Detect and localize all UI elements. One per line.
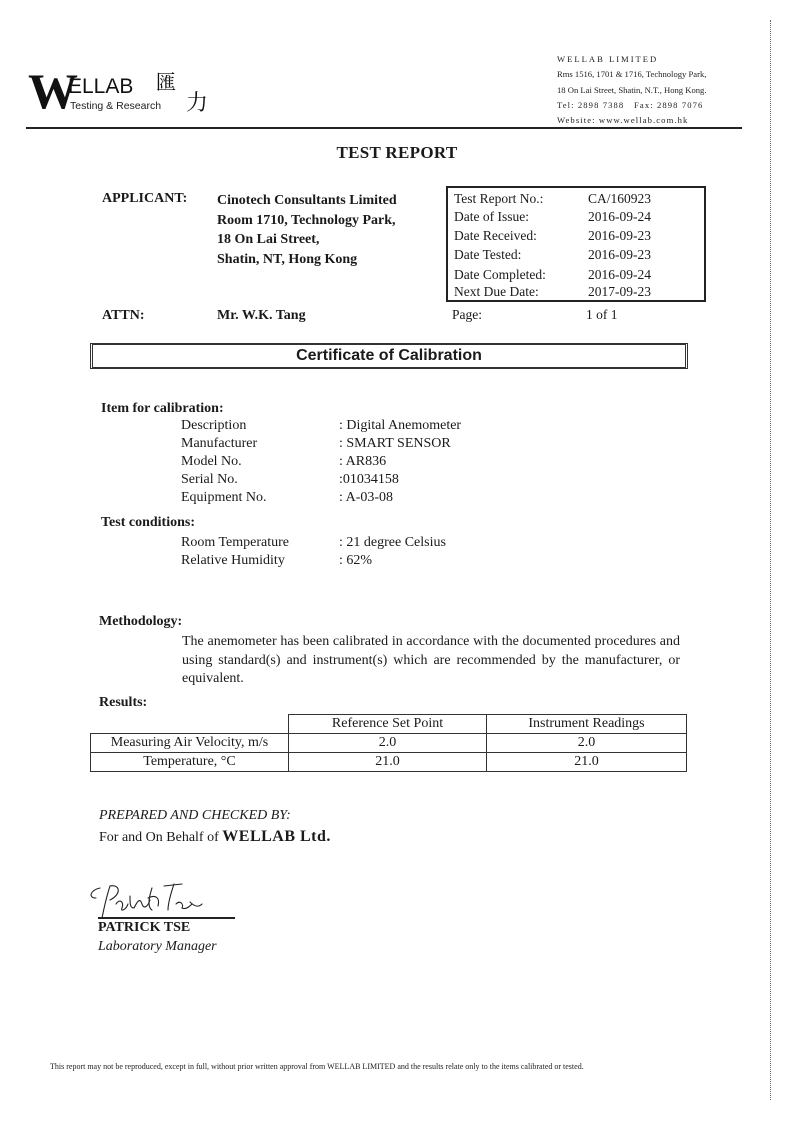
wellab-logo: W ELLAB 匯 力 Testing & Research [28,70,228,120]
logo-cjk-bottom: 力 [186,92,208,114]
applicant-label: APPLICANT: [102,191,187,207]
applicant-address: Cinotech Consultants Limited Room 1710, … [217,191,397,269]
field-label: Manufacturer [181,435,257,453]
page-number-row: Page: 1 of 1 [452,307,482,323]
info-value: 2016-09-24 [588,266,651,284]
company-name: WELLAB LIMITED [557,52,707,67]
certificate-banner: Certificate of Calibration [90,343,688,369]
footer-disclaimer: This report may not be reproduced, excep… [50,1062,584,1071]
field-value: : 21 degree Celsius [339,534,446,552]
company-address-line1: Rms 1516, 1701 & 1716, Technology Park, [557,67,707,82]
info-label: Date of Issue: [454,208,529,226]
company-address: WELLAB LIMITED Rms 1516, 1701 & 1716, Te… [557,52,707,128]
signature-mark [86,880,226,920]
info-value: 2016-09-24 [588,208,651,226]
results-heading: Results: [99,695,147,711]
column-header-reference: Reference Set Point [289,715,487,734]
prepared-by-label: PREPARED AND CHECKED BY: [99,808,291,824]
company-tel-fax: Tel: 2898 7388 Fax: 2898 7076 [557,98,707,113]
table-corner [91,715,289,734]
report-info-box: Test Report No.: CA/160923 Date of Issue… [446,186,706,302]
item-fields: Description : Digital Anemometer Manufac… [181,417,581,512]
conditions-heading: Test conditions: [101,515,195,531]
methodology-text: The anemometer has been calibrated in ac… [182,633,680,689]
results-table: Reference Set Point Instrument Readings … [90,714,687,772]
instrument-value: 21.0 [487,753,687,772]
info-label: Next Due Date: [454,283,539,301]
field-label: Room Temperature [181,534,289,552]
column-header-instrument: Instrument Readings [487,715,687,734]
info-value: 2017-09-23 [588,283,651,301]
info-label: Date Completed: [454,266,546,284]
behalf-brand: WELLAB Ltd. [222,828,331,845]
field-label: Relative Humidity [181,552,285,570]
field-label: Model No. [181,453,242,471]
page-edge-line [770,20,772,1100]
signature-line [98,917,235,919]
header-divider [26,127,742,129]
signer-title: Laboratory Manager [98,939,217,955]
field-label: Serial No. [181,471,238,489]
reference-value: 2.0 [289,734,487,753]
row-label: Temperature, °C [91,753,289,772]
on-behalf-line: For and On Behalf of WELLAB Ltd. [99,828,331,846]
instrument-value: 2.0 [487,734,687,753]
info-value: 2016-09-23 [588,227,651,245]
field-label: Description [181,417,246,435]
field-value: : A-03-08 [339,489,393,507]
item-heading: Item for calibration: [101,401,224,417]
behalf-prefix: For and On Behalf of [99,830,222,845]
logo-tagline: Testing & Research [70,100,161,112]
attn-label: ATTN: [102,308,145,324]
field-value: :01034158 [339,471,399,489]
page-label: Page: [452,307,482,322]
logo-cjk-top: 匯 [156,73,176,93]
applicant-line: Cinotech Consultants Limited [217,191,397,211]
field-value: : AR836 [339,453,386,471]
row-label: Measuring Air Velocity, m/s [91,734,289,753]
page-title: TEST REPORT [0,143,794,163]
table-header-row: Reference Set Point Instrument Readings [91,715,687,734]
company-address-line2: 18 On Lai Street, Shatin, N.T., Hong Kon… [557,83,707,98]
info-label: Date Tested: [454,246,521,264]
applicant-line: Shatin, NT, Hong Kong [217,250,397,270]
table-row: Measuring Air Velocity, m/s 2.0 2.0 [91,734,687,753]
field-value: : 62% [339,552,372,570]
attn-value: Mr. W.K. Tang [217,308,306,324]
methodology-heading: Methodology: [99,614,182,630]
field-label: Equipment No. [181,489,267,507]
info-label: Date Received: [454,227,537,245]
signer-name: PATRICK TSE [98,920,190,936]
field-value: : Digital Anemometer [339,417,461,435]
info-value: 2016-09-23 [588,246,651,264]
field-value: : SMART SENSOR [339,435,451,453]
table-row: Temperature, °C 21.0 21.0 [91,753,687,772]
conditions-fields: Room Temperature : 21 degree Celsius Rel… [181,534,581,574]
applicant-line: Room 1710, Technology Park, [217,211,397,231]
page-value: 1 of 1 [586,307,618,323]
applicant-line: 18 On Lai Street, [217,230,397,250]
reference-value: 21.0 [289,753,487,772]
info-label: Test Report No.: [454,190,543,208]
info-value: CA/160923 [588,190,651,208]
logo-wordmark: ELLAB [68,76,133,97]
